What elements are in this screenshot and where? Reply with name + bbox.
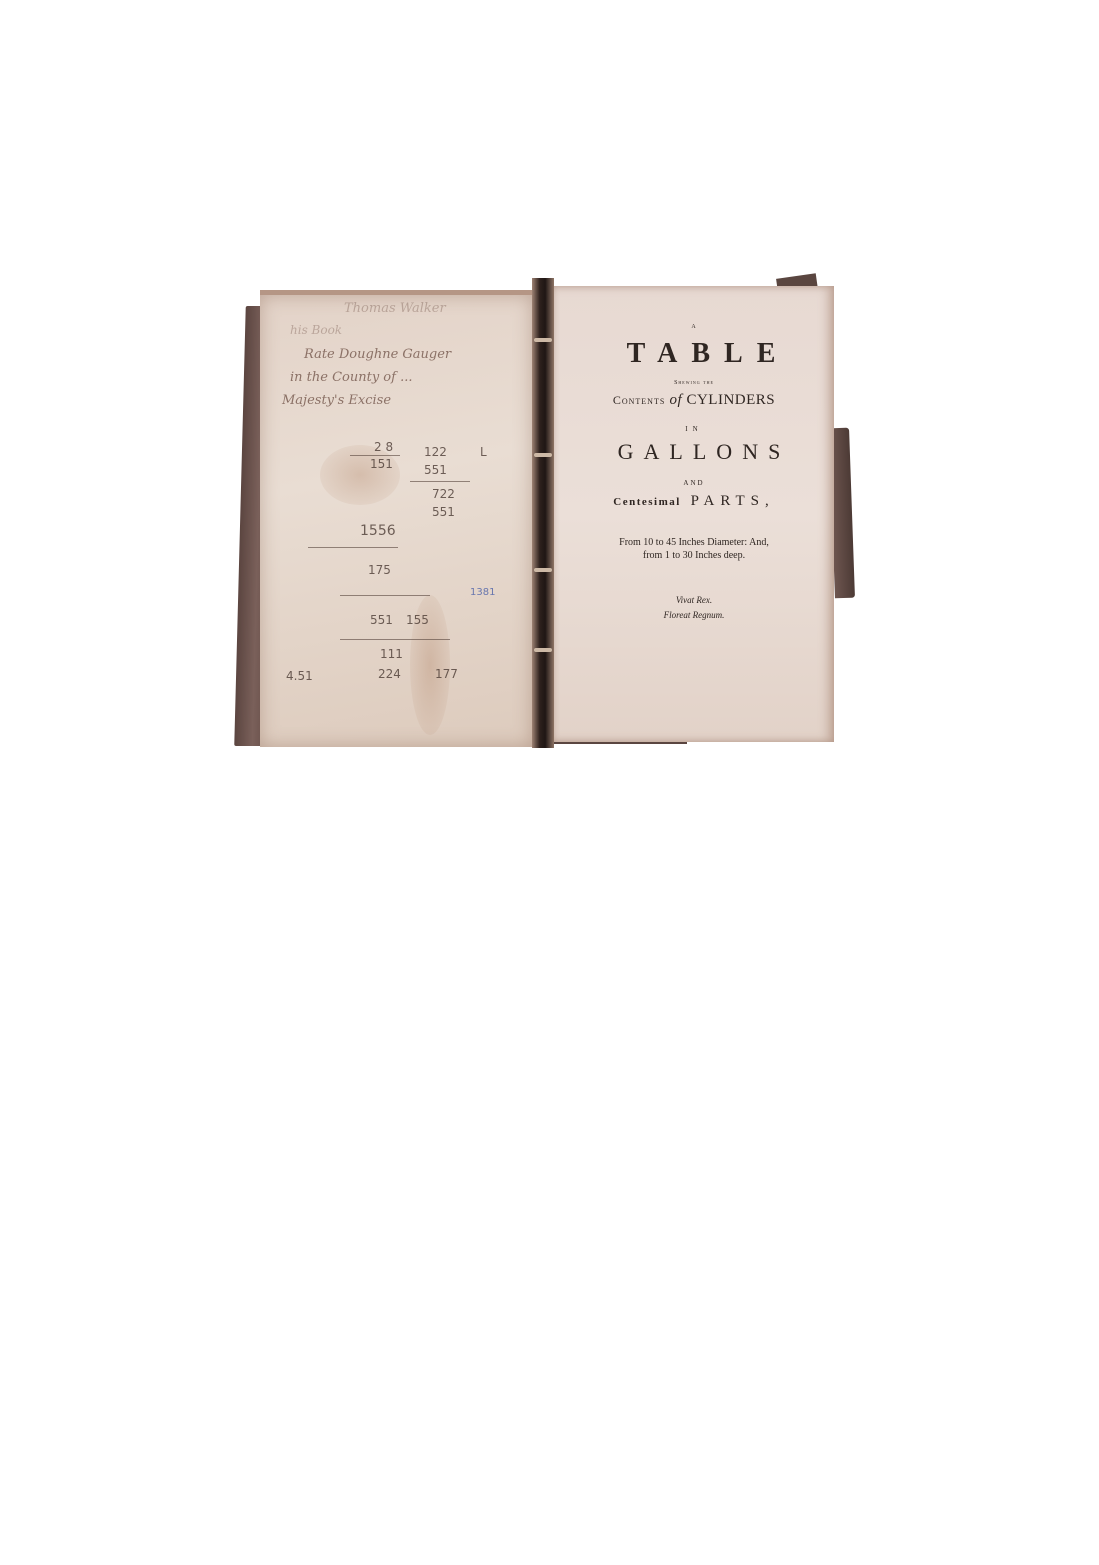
title-heading: TABLE: [554, 338, 848, 370]
calculation: 722: [432, 487, 455, 501]
motto-line-2: Floreat Regnum.: [554, 610, 834, 620]
subtitle-gallons: GALLONS: [554, 439, 844, 465]
book-spine: [532, 278, 554, 748]
inscription-line: Rate Doughne Gauger: [304, 347, 451, 362]
cylinders-word: CYLINDERS: [686, 392, 775, 408]
calculation: 2 8: [374, 440, 393, 454]
calculation: 551: [424, 463, 447, 477]
book-photograph: Thomas Walker his Book Rate Doughne Gaug…: [232, 268, 862, 758]
subtitle-in: IN: [554, 425, 834, 433]
inscription-line: Thomas Walker: [344, 301, 446, 316]
endpaper-left-page: Thomas Walker his Book Rate Doughne Gaug…: [260, 290, 532, 747]
binding-thread: [534, 453, 552, 457]
subtitle-contents: Contents of CYLINDERS: [554, 392, 834, 409]
calculation-rule: [350, 455, 400, 456]
calculation-rule: [308, 547, 398, 548]
calculation-rule: [410, 481, 470, 482]
calculation: 551: [370, 613, 393, 627]
title-page: A TABLE Shewing the Contents of CYLINDER…: [554, 286, 834, 742]
range-line-1: From 10 to 45 Inches Diameter: And,: [554, 537, 834, 548]
calculation: 551: [432, 505, 455, 519]
calculation: L: [480, 445, 487, 459]
contents-word: Contents: [613, 393, 665, 407]
binding-thread: [534, 338, 552, 342]
smudge: [320, 445, 400, 505]
calculation: 155: [406, 613, 429, 627]
calculation-rule: [340, 595, 430, 596]
inscription-line: his Book: [290, 323, 342, 337]
range-line-2: from 1 to 30 Inches deep.: [554, 550, 834, 561]
calculation: 224: [378, 667, 401, 681]
calculation: 122: [424, 445, 447, 459]
calculation: 177: [435, 667, 458, 681]
of-word: of: [670, 392, 683, 408]
inscription-line: Majesty's Excise: [282, 393, 391, 408]
binding-thread: [534, 648, 552, 652]
blue-annotation: 1381: [470, 587, 495, 598]
motto-line-1: Vivat Rex.: [554, 595, 834, 605]
subtitle-and: AND: [554, 479, 834, 487]
title-article: A: [554, 324, 834, 330]
inscription-line: in the County of ...: [290, 370, 412, 385]
subtitle-parts: Centesimal PARTS,: [554, 493, 834, 510]
subtitle-shewing: Shewing the: [554, 380, 834, 386]
binding-thread: [534, 568, 552, 572]
calculation: 1556: [360, 523, 396, 539]
calculation: 175: [368, 563, 391, 577]
parts-word: PARTS,: [691, 493, 775, 509]
calculation: 151: [370, 457, 393, 471]
calculation-rule: [340, 639, 450, 640]
calculation: 111: [380, 647, 403, 661]
centesimal-word: Centesimal: [613, 496, 681, 508]
calculation: 4.51: [286, 669, 313, 683]
